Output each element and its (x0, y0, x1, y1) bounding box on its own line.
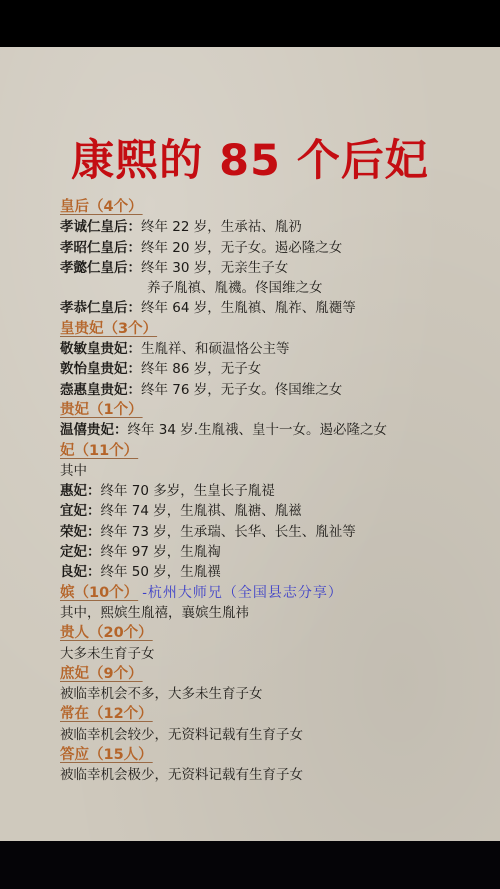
list-item: 孝诚仁皇后：终年 22 岁，生承祜、胤礽 (60, 217, 490, 237)
section-heading-consort: 妃（11个） (60, 441, 490, 461)
consort-name: 荣妃： (60, 524, 101, 540)
consort-name: 定妃： (60, 544, 101, 560)
list-item: 悫惠皇贵妃：终年 76 岁，无子女。佟国维之女 (60, 380, 490, 400)
list-item: 敦怡皇贵妃：终年 86 岁，无子女 (60, 359, 490, 379)
consort-list: 皇后（4个） 孝诚仁皇后：终年 22 岁，生承祜、胤礽 孝昭仁皇后：终年 20 … (60, 197, 490, 786)
section-text: 被临幸机会较少，无资料记载有生育子女 (60, 725, 490, 745)
section-heading-second-attendant: 答应（15人） (60, 745, 490, 765)
list-item: 孝昭仁皇后：终年 20 岁，无子女。遏必隆之女 (60, 238, 490, 258)
section-heading-empress: 皇后（4个） (60, 197, 490, 217)
consort-detail: 终年 86 岁，无子女 (141, 361, 261, 377)
consort-detail: 终年 34 岁.生胤䄉、皇十一女。遏必隆之女 (128, 422, 388, 438)
consort-name: 惠妃： (60, 483, 101, 499)
section-heading-first-attendant: 常在（12个） (60, 704, 490, 724)
list-item: 温僖贵妃：终年 34 岁.生胤䄉、皇十一女。遏必隆之女 (60, 420, 490, 440)
consort-detail: 终年 74 岁，生胤祺、胤禟、胤禌 (101, 503, 302, 519)
list-item: 孝懿仁皇后：终年 30 岁，无亲生子女 (60, 258, 490, 278)
list-item: 惠妃：终年 70 多岁，生皇长子胤禔 (60, 481, 490, 501)
document-page: 康熙的 85 个后妃 皇后（4个） 孝诚仁皇后：终年 22 岁，生承祜、胤礽 孝… (0, 47, 500, 841)
consort-name: 宜妃： (60, 503, 101, 519)
consort-name: 敦怡皇贵妃： (60, 361, 141, 377)
consort-detail: 终年 97 岁，生胤祹 (101, 544, 221, 560)
section-heading-row-concubine: 嫔（10个）-杭州大师兄（全国县志分享） (60, 583, 490, 603)
section-text: 其中，熙嫔生胤禧，襄嫔生胤祎 (60, 603, 490, 623)
watermark-text: -杭州大师兄（全国县志分享） (142, 585, 343, 601)
list-item: 敬敏皇贵妃：生胤祥、和硕温恪公主等 (60, 339, 490, 359)
consort-name: 孝恭仁皇后： (60, 300, 141, 316)
consort-name: 良妃： (60, 564, 101, 580)
list-item: 荣妃：终年 73 岁，生承瑞、长华、长生、胤祉等 (60, 522, 490, 542)
consort-detail: 终年 30 岁，无亲生子女 (141, 260, 288, 276)
section-heading-noble-consort: 贵妃（1个） (60, 400, 490, 420)
consort-detail: 终年 22 岁，生承祜、胤礽 (141, 219, 302, 235)
list-item: 孝恭仁皇后：终年 64 岁，生胤禛、胤祚、胤禵等 (60, 298, 490, 318)
section-heading-secondary-consort: 庶妃（9个） (60, 664, 490, 684)
section-text: 被临幸机会极少，无资料记载有生育子女 (60, 765, 490, 785)
section-heading-concubine: 嫔（10个） (60, 585, 138, 601)
list-item-continuation: 养子胤禛、胤禨。佟国维之女 (60, 278, 490, 298)
section-text: 被临幸机会不多，大多未生育子女 (60, 684, 490, 704)
consort-name: 孝昭仁皇后： (60, 240, 141, 256)
list-item: 宜妃：终年 74 岁，生胤祺、胤禟、胤禌 (60, 501, 490, 521)
page-title: 康熙的 85 个后妃 (0, 127, 500, 188)
section-heading-noble-lady: 贵人（20个） (60, 623, 490, 643)
consort-detail: 终年 76 岁，无子女。佟国维之女 (141, 382, 342, 398)
consort-detail: 终年 64 岁，生胤禛、胤祚、胤禵等 (141, 300, 356, 316)
section-text: 大多未生育子女 (60, 644, 490, 664)
consort-name: 温僖贵妃： (60, 422, 128, 438)
consort-name: 敬敏皇贵妃： (60, 341, 141, 357)
consort-name: 悫惠皇贵妃： (60, 382, 141, 398)
bottom-letterbox (0, 841, 500, 889)
consort-detail: 终年 70 多岁，生皇长子胤禔 (101, 483, 275, 499)
consort-detail: 终年 20 岁，无子女。遏必隆之女 (141, 240, 342, 256)
list-item: 定妃：终年 97 岁，生胤祹 (60, 542, 490, 562)
consort-name: 孝懿仁皇后： (60, 260, 141, 276)
section-heading-imperial-noble-consort: 皇贵妃（3个） (60, 319, 490, 339)
list-item: 良妃：终年 50 岁，生胤禩 (60, 562, 490, 582)
consort-detail: 养子胤禛、胤禨。佟国维之女 (147, 280, 323, 296)
section-intro: 其中 (60, 461, 490, 481)
consort-detail: 终年 50 岁，生胤禩 (101, 564, 221, 580)
consort-name: 孝诚仁皇后： (60, 219, 141, 235)
consort-detail: 生胤祥、和硕温恪公主等 (141, 341, 290, 357)
consort-detail: 终年 73 岁，生承瑞、长华、长生、胤祉等 (101, 524, 356, 540)
